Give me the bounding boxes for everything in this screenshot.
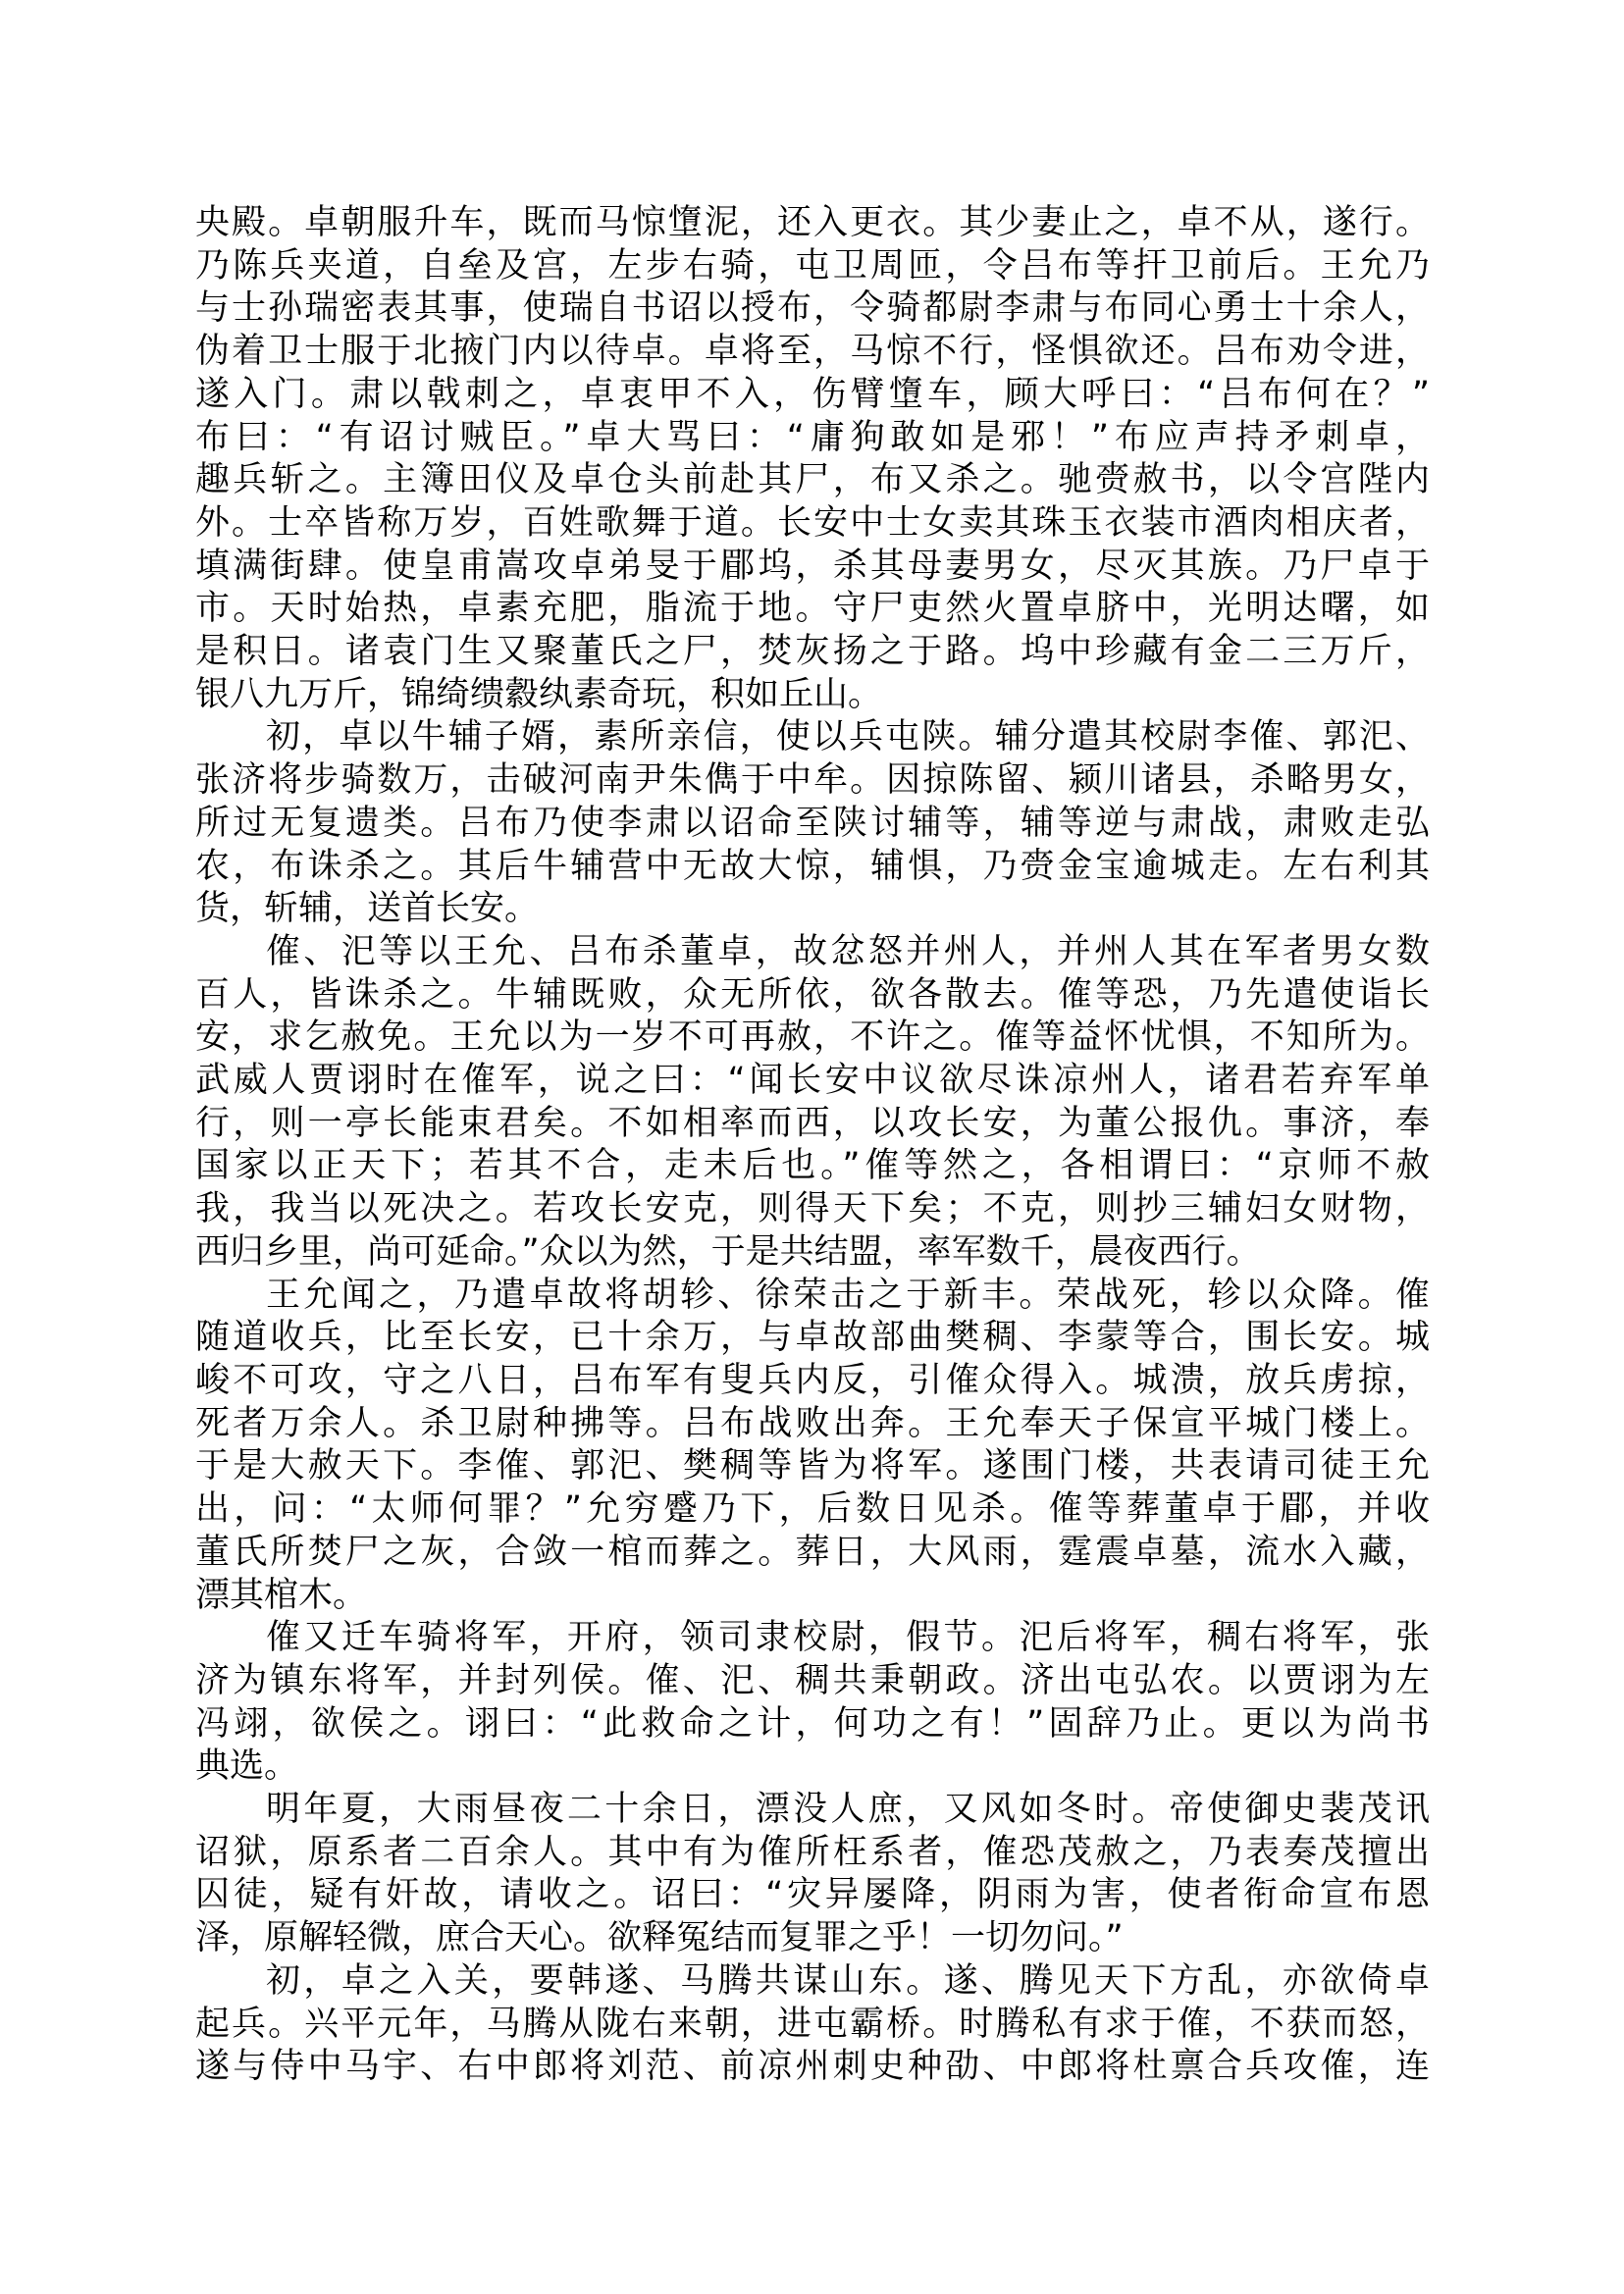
text-line: 所过无复遗类。吕布乃使李肃以诏命至陕讨辅等，辅等逆与肃战，肃败走弘 [195,803,1430,846]
paragraph: 明年夏，大雨昼夜二十余日，漂没人庶，又风如冬时。帝使御史裴茂讯诏狱，原系者二百余… [195,1789,1430,1960]
text-line: 王允闻之，乃遣卓故将胡轸、徐荣击之于新丰。荣战死，轸以众降。傕 [195,1275,1430,1318]
text-line: 安，求乞赦免。王允以为一岁不可再赦，不许之。傕等益怀忧惧，不知所为。 [195,1017,1430,1060]
text-line: 填满街肆。使皇甫嵩攻卓弟旻于郿坞，杀其母妻男女，尽灭其族。乃尸卓于 [195,546,1430,589]
text-line: 漂其棺木。 [195,1575,1430,1618]
text-line: 随道收兵，比至长安，已十余万，与卓故部曲樊稠、李蒙等合，围长安。城 [195,1317,1430,1360]
paragraph: 傕又迁车骑将军，开府，领司隶校尉，假节。汜后将军，稠右将军，张济为镇东将军，并封… [195,1617,1430,1789]
text-line: 遂入门。肃以戟刺之，卓衷甲不入，伤臂墯车，顾大呼曰：“吕布何在？” [195,374,1430,417]
text-line: 傕又迁车骑将军，开府，领司隶校尉，假节。汜后将军，稠右将军，张 [195,1617,1430,1660]
text-line: 伪着卫士服于北掖门内以待卓。卓将至，马惊不行，怪惧欲还。吕布劝令进， [195,331,1430,374]
text-line: 武威人贾诩时在傕军，说之曰：“闻长安中议欲尽诛凉州人，诸君若弃军单 [195,1060,1430,1103]
text-line: 央殿。卓朝服升车，既而马惊墯泥，还入更衣。其少妻止之，卓不从，遂行。 [195,202,1430,245]
text-line: 趣兵斩之。主簿田仪及卓仓头前赴其尸，布又杀之。驰赍赦书，以令宫陛内 [195,459,1430,502]
text-line: 明年夏，大雨昼夜二十余日，漂没人庶，又风如冬时。帝使御史裴茂讯 [195,1789,1430,1832]
text-line: 于是大赦天下。李傕、郭汜、樊稠等皆为将军。遂围门楼，共表请司徒王允 [195,1445,1430,1488]
text-line: 泽，原解轻微，庶合天心。欲释冤结而复罪之乎！一切勿问。” [195,1917,1430,1960]
text-line: 乃陈兵夹道，自垒及宫，左步右骑，屯卫周匝，令吕布等扞卫前后。王允乃 [195,245,1430,288]
text-line: 行，则一亭长能束君矣。不如相率而西，以攻长安，为董公报仇。事济，奉 [195,1103,1430,1146]
text-line: 诏狱，原系者二百余人。其中有为傕所枉系者，傕恐茂赦之，乃表奏茂擅出 [195,1832,1430,1875]
text-line: 张济将步骑数万，击破河南尹朱儁于中牟。因掠陈留、颍川诸县，杀略男女， [195,759,1430,803]
text-line: 济为镇东将军，并封列侯。傕、汜、稠共秉朝政。济出屯弘农。以贾诩为左 [195,1660,1430,1703]
text-line: 傕、汜等以王允、吕布杀董卓，故忿怒并州人，并州人其在军者男女数 [195,931,1430,974]
text-line: 我，我当以死决之。若攻长安克，则得天下矣；不克，则抄三辅妇女财物， [195,1188,1430,1231]
paragraph: 初，卓之入关，要韩遂、马腾共谋山东。遂、腾见天下方乱，亦欲倚卓起兵。兴平元年，马… [195,1960,1430,2089]
text-line: 冯翊，欲侯之。诩曰：“此救命之计，何功之有！”固辞乃止。更以为尚书 [195,1703,1430,1747]
paragraph: 傕、汜等以王允、吕布杀董卓，故忿怒并州人，并州人其在军者男女数百人，皆诛杀之。牛… [195,931,1430,1275]
text-line: 起兵。兴平元年，马腾从陇右来朝，进屯霸桥。时腾私有求于傕，不获而怒， [195,2004,1430,2047]
text-line: 初，卓之入关，要韩遂、马腾共谋山东。遂、腾见天下方乱，亦欲倚卓 [195,1960,1430,2004]
text-line: 初，卓以牛辅子婿，素所亲信，使以兵屯陕。辅分遣其校尉李傕、郭汜、 [195,716,1430,759]
text-line: 典选。 [195,1746,1430,1789]
text-line: 百人，皆诛杀之。牛辅既败，众无所依，欲各散去。傕等恐，乃先遣使诣长 [195,974,1430,1017]
text-line: 银八九万斤，锦绮缋縠纨素奇玩，积如丘山。 [195,674,1430,717]
text-line: 西归乡里，尚可延命。”众以为然，于是共结盟，率军数千，晨夜西行。 [195,1231,1430,1275]
text-line: 货，斩辅，送首长安。 [195,888,1430,931]
text-line: 布曰：“有诏讨贼臣。”卓大骂曰：“庸狗敢如是邪！”布应声持矛刺卓， [195,417,1430,460]
text-line: 董氏所焚尸之灰，合敛一棺而葬之。葬日，大风雨，霆震卓墓，流水入藏， [195,1532,1430,1575]
text-line: 与士孙瑞密表其事，使瑞自书诏以授布，令骑都尉李肃与布同心勇士十余人， [195,287,1430,331]
paragraph: 王允闻之，乃遣卓故将胡轸、徐荣击之于新丰。荣战死，轸以众降。傕随道收兵，比至长安… [195,1275,1430,1618]
text-line: 出，问：“太师何罪？”允穷蹙乃下，后数日见杀。傕等葬董卓于郿，并收 [195,1488,1430,1532]
text-line: 是积日。诸袁门生又聚董氏之尸，焚灰扬之于路。坞中珍藏有金二三万斤， [195,631,1430,674]
text-line: 市。天时始热，卓素充肥，脂流于地。守尸吏然火置卓脐中，光明达曙，如 [195,588,1430,631]
document-page: 央殿。卓朝服升车，既而马惊墯泥，还入更衣。其少妻止之，卓不从，遂行。乃陈兵夹道，… [0,0,1624,2294]
text-line: 死者万余人。杀卫尉种拂等。吕布战败出奔。王允奉天子保宣平城门楼上。 [195,1403,1430,1446]
text-line: 峻不可攻，守之八日，吕布军有叟兵内反，引傕众得入。城溃，放兵虏掠， [195,1360,1430,1403]
text-line: 囚徒，疑有奸故，请收之。诏曰：“灾异屡降，阴雨为害，使者衔命宣布恩 [195,1874,1430,1917]
paragraph: 初，卓以牛辅子婿，素所亲信，使以兵屯陕。辅分遣其校尉李傕、郭汜、张济将步骑数万，… [195,716,1430,931]
text-line: 国家以正天下；若其不合，走未后也。”傕等然之，各相谓曰：“京师不赦 [195,1145,1430,1188]
text-line: 遂与侍中马宇、右中郎将刘范、前凉州刺史种劭、中郎将杜禀合兵攻傕，连 [195,2046,1430,2089]
text-line: 农，布诛杀之。其后牛辅营中无故大惊，辅惧，乃赍金宝逾城走。左右利其 [195,846,1430,889]
paragraph: 央殿。卓朝服升车，既而马惊墯泥，还入更衣。其少妻止之，卓不从，遂行。乃陈兵夹道，… [195,202,1430,716]
text-line: 外。士卒皆称万岁，百姓歌舞于道。长安中士女卖其珠玉衣装市酒肉相庆者， [195,502,1430,546]
